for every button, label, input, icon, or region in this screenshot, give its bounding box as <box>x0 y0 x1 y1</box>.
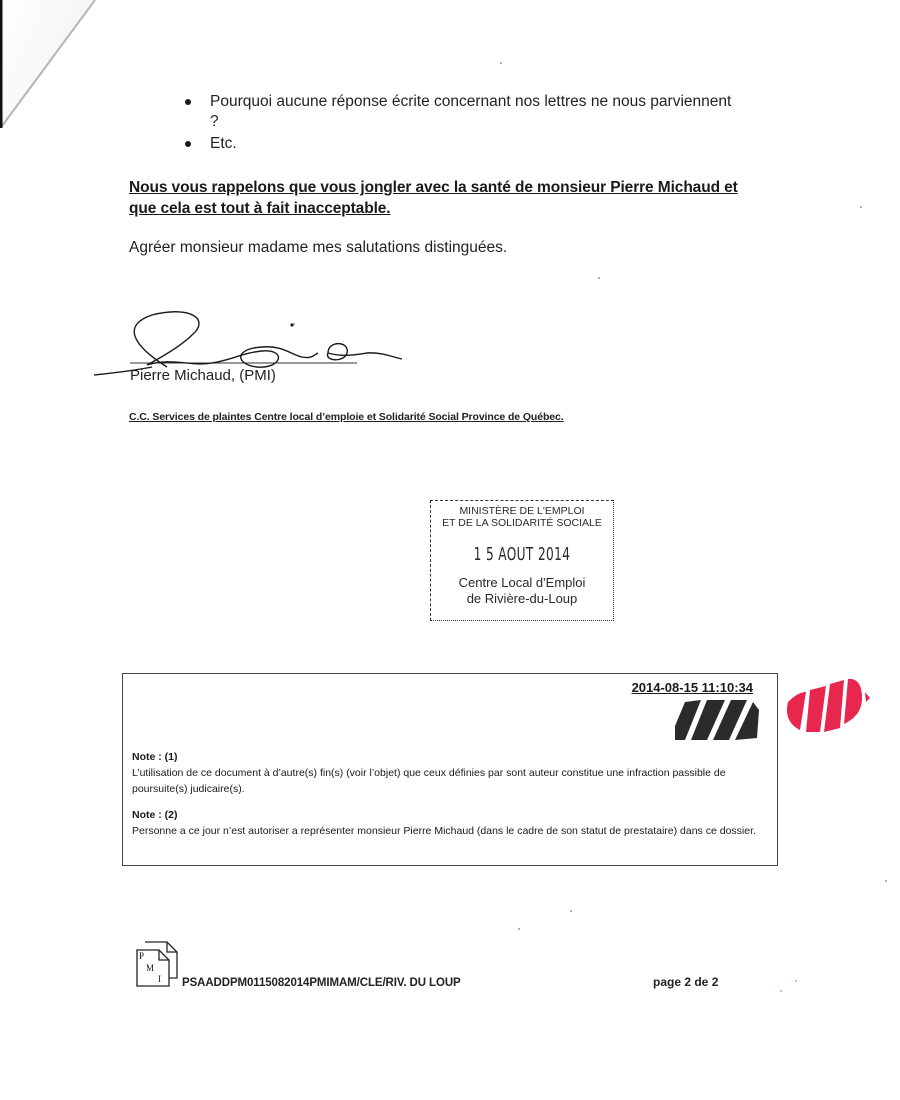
scan-speck <box>293 323 295 325</box>
notes-box: 2014-08-15 11:10:34 Note : (1) L’utilisa… <box>122 673 778 866</box>
stamp-ministry-line1: MINISTÈRE DE L'EMPLOI <box>431 505 613 517</box>
scan-speck <box>795 980 797 982</box>
scan-speck <box>518 928 520 930</box>
received-date-stamp: MINISTÈRE DE L'EMPLOI ET DE LA SOLIDARIT… <box>430 500 614 621</box>
scan-speck <box>860 206 862 208</box>
signer-name: Pierre Michaud, (PMI) <box>130 367 276 384</box>
scan-speck <box>570 910 572 912</box>
icon-letter-i: I <box>158 974 161 984</box>
list-item: Pourquoi aucune réponse écrite concernan… <box>183 92 763 132</box>
list-item: Etc. <box>183 134 763 154</box>
note-body: Personne a ce jour n’est autoriser a rep… <box>132 823 772 839</box>
scan-speck <box>500 62 502 64</box>
black-ink-stamp <box>671 696 761 744</box>
scan-speck <box>885 880 887 882</box>
folded-corner <box>0 0 100 130</box>
list-item-continuation: ? <box>210 112 763 132</box>
reminder-paragraph: Nous vous rappelons que vous jongler ave… <box>129 177 749 219</box>
scan-speck <box>598 277 600 279</box>
stamp-office-line1: Centre Local d'Emploi <box>431 575 613 591</box>
note-title: Note : (1) <box>132 749 772 765</box>
document-reference: PSAADDPM0115082014PMIMAM/CLE/RIV. DU LOU… <box>182 977 461 989</box>
note-1: Note : (1) L’utilisation de ce document … <box>132 749 772 797</box>
stamp-office-line2: de Rivière-du-Loup <box>431 591 613 607</box>
icon-letter-p: P <box>139 951 144 961</box>
red-ink-stamp <box>782 676 872 744</box>
note-2: Note : (2) Personne a ce jour n’est auto… <box>132 807 772 839</box>
list-item-text: Pourquoi aucune réponse écrite concernan… <box>210 93 731 110</box>
stamp-date: 1 5 AOUT 2014 <box>454 544 591 565</box>
list-item-text: Etc. <box>210 135 237 152</box>
stamp-ministry-line2: ET DE LA SOLIDARITÉ SOCIALE <box>431 517 613 529</box>
scan-speck <box>780 990 782 992</box>
note-title: Note : (2) <box>132 807 772 823</box>
closing-salutation: Agréer monsieur madame mes salutations d… <box>129 239 507 257</box>
icon-letter-m: M <box>146 963 154 973</box>
timestamp: 2014-08-15 11:10:34 <box>632 680 753 695</box>
cc-line: C.C. Services de plaintes Centre local d… <box>129 411 564 423</box>
page-number: page 2 de 2 <box>653 975 718 989</box>
document-pmi-icon: P M I <box>135 940 179 988</box>
note-body: L’utilisation de ce document à d’autre(s… <box>132 765 772 797</box>
question-list: Pourquoi aucune réponse écrite concernan… <box>183 92 763 156</box>
